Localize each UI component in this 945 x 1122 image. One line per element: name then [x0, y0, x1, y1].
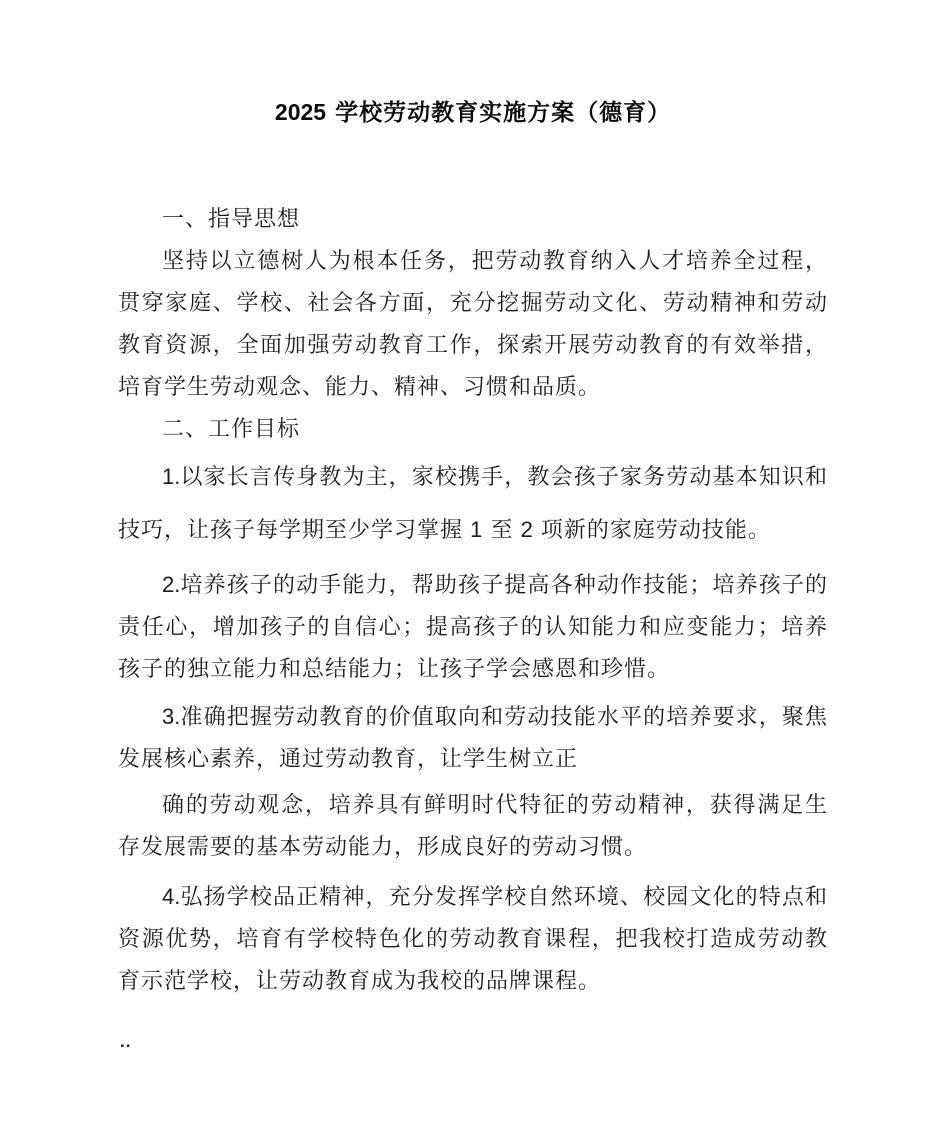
document-title: 2025学校劳动教育实施方案（德育）: [118, 95, 828, 129]
paragraph-goal-3-continued: 确的劳动观念，培养具有鲜明时代特征的劳动精神，获得满足生存发展需要的基本劳动能力…: [118, 784, 828, 868]
paragraph-goal-4: 4.弘扬学校品正精神，充分发挥学校自然环境、校园文化的特点和资源优势，培育有学校…: [118, 876, 828, 1002]
item-number-4: 4.: [162, 884, 180, 909]
paragraph-goal-1-text: 以家长言传身教为主，家校携手，教会孩子家务劳动基本知识和技巧，让孩子每学期至少学…: [118, 464, 828, 542]
paragraph-goal-2-text: 培养孩子的动手能力，帮助孩子提高各种动作技能；培养孩子的责任心，增加孩子的自信心…: [118, 572, 828, 681]
item-number-2: 2.: [162, 572, 180, 597]
paragraph-goal-3: 3.准确把握劳动教育的价值取向和劳动技能水平的培养要求，聚焦发展核心素养，通过劳…: [118, 696, 828, 780]
document-content: 2025学校劳动教育实施方案（德育） 一、指导思想 坚持以立德树人为根本任务，把…: [118, 0, 828, 1052]
paragraph-goal-3-text: 准确把握劳动教育的价值取向和劳动技能水平的培养要求，聚焦发展核心素养，通过劳动教…: [118, 704, 828, 771]
title-year: 2025: [275, 99, 326, 125]
title-text: 学校劳动教育实施方案（德育）: [335, 99, 671, 125]
paragraph-guiding-ideology: 坚持以立德树人为根本任务，把劳动教育纳入人才培养全过程，贯穿家庭、学校、社会各方…: [118, 240, 828, 408]
paragraph-goal-4-text: 弘扬学校品正精神，充分发挥学校自然环境、校园文化的特点和资源优势，培育有学校特色…: [118, 884, 828, 993]
heading-guiding-ideology: 一、指导思想: [118, 198, 828, 240]
item-number-1: 1.: [162, 464, 180, 489]
paragraph-goal-1: 1.以家长言传身教为主，家校携手，教会孩子家务劳动基本知识和技巧，让孩子每学期至…: [118, 450, 828, 556]
footer-dots: ..: [120, 1032, 828, 1052]
document-page: 2025学校劳动教育实施方案（德育） 一、指导思想 坚持以立德树人为根本任务，把…: [0, 0, 945, 1122]
item-number-3: 3.: [162, 704, 180, 729]
paragraph-goal-2: 2.培养孩子的动手能力，帮助孩子提高各种动作技能；培养孩子的责任心，增加孩子的自…: [118, 564, 828, 690]
heading-work-goals: 二、工作目标: [118, 408, 828, 450]
